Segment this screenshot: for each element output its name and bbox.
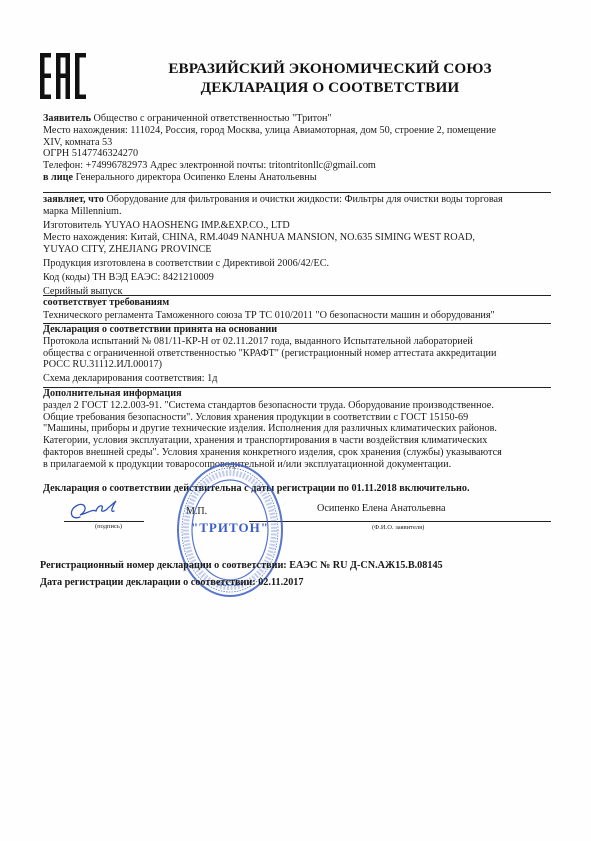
applicant-contacts: Телефон: +74996782973 Адрес электронной …	[43, 160, 553, 172]
declares-label: заявляет, что	[43, 194, 104, 205]
product-line1: Оборудование для фильтрования и очистки …	[104, 194, 503, 205]
applicant-ogrn: ОГРН 5147746324270	[43, 148, 553, 160]
signer-line	[249, 521, 551, 522]
divider	[43, 295, 551, 296]
applicant-address-line2: XIV, комната 53	[43, 137, 553, 149]
signature-caption: (подпись)	[95, 523, 122, 530]
representative-label: в лице	[43, 172, 73, 183]
basis-line3: РОСС RU.31112.ИЛ.00017)	[43, 359, 553, 371]
signature-line	[64, 521, 144, 522]
eac-logo-icon	[40, 53, 86, 99]
declares-section: заявляет, что Оборудование для фильтрова…	[43, 194, 553, 297]
declaration-scheme: Схема декларирования соответствия: 1д	[43, 373, 553, 385]
applicant-section: Заявитель Общество с ограниченной ответс…	[43, 113, 553, 184]
additional-section: Дополнительная информация раздел 2 ГОСТ …	[43, 388, 553, 471]
additional-line: Общие требования безопасности". Условия …	[43, 412, 553, 424]
basis-line2: общества с ограниченной ответственностью…	[43, 348, 553, 360]
complies-section: соответствует требованиям Технического р…	[43, 297, 553, 322]
regulation: Технического регламента Таможенного союз…	[43, 310, 553, 322]
additional-line: раздел 2 ГОСТ 12.2.003-91. "Система стан…	[43, 400, 553, 412]
basis-label: Декларация о соответствии принята на осн…	[43, 324, 553, 336]
complies-label: соответствует требованиям	[43, 297, 553, 309]
manufacturer-address2: YUYAO CITY, ZHEJIANG PROVINCE	[43, 244, 553, 256]
additional-line: Категории, условия эксплуатации, хранени…	[43, 435, 553, 447]
manufacturer: Изготовитель YUYAO HAOSHENG IMP.&EXP.CO.…	[43, 220, 553, 232]
document-header: ЕВРАЗИЙСКИЙ ЭКОНОМИЧЕСКИЙ СОЮЗ ДЕКЛАРАЦИ…	[130, 59, 530, 97]
union-title: ЕВРАЗИЙСКИЙ ЭКОНОМИЧЕСКИЙ СОЮЗ	[130, 59, 530, 78]
representative-value: Генерального директора Осипенко Елены Ан…	[73, 172, 317, 183]
basis-section: Декларация о соответствии принята на осн…	[43, 324, 553, 385]
stamp-company-name: "ТРИТОН"	[191, 520, 269, 535]
tn-ved-code: Код (коды) ТН ВЭД ЕАЭС: 8421210009	[43, 272, 553, 284]
additional-line: "Машины, приборы и другие технические из…	[43, 423, 553, 435]
basis-line1: Протокола испытаний № 081/11-КР-Н от 02.…	[43, 336, 553, 348]
registration-number: Регистрационный номер декларации о соотв…	[40, 560, 443, 571]
signer-caption: (Ф.И.О. заявителя)	[372, 524, 424, 531]
additional-line: в прилагаемой к продукции товаросопровод…	[43, 459, 553, 471]
applicant-label: Заявитель	[43, 113, 91, 124]
declaration-title: ДЕКЛАРАЦИЯ О СООТВЕТСТВИИ	[130, 78, 530, 97]
manufacturer-address1: Место нахождения: Китай, CHINA, RM.4049 …	[43, 232, 553, 244]
registration-date: Дата регистрации декларации о соответств…	[40, 577, 304, 588]
product-line2: марка Millennium.	[43, 206, 553, 218]
applicant-name: Общество с ограниченной ответственностью…	[91, 113, 332, 124]
signer-name: Осипенко Елена Анатольевна	[317, 503, 446, 514]
additional-line: факторов внешней среды". Условия хранени…	[43, 447, 553, 459]
declaration-page: ЕВРАЗИЙСКИЙ ЭКОНОМИЧЕСКИЙ СОЮЗ ДЕКЛАРАЦИ…	[0, 0, 591, 841]
directive: Продукция изготовлена в соответствии с Д…	[43, 258, 553, 270]
additional-label: Дополнительная информация	[43, 388, 553, 400]
divider	[43, 192, 551, 193]
applicant-address-line1: Место нахождения: 111024, Россия, город …	[43, 125, 553, 137]
